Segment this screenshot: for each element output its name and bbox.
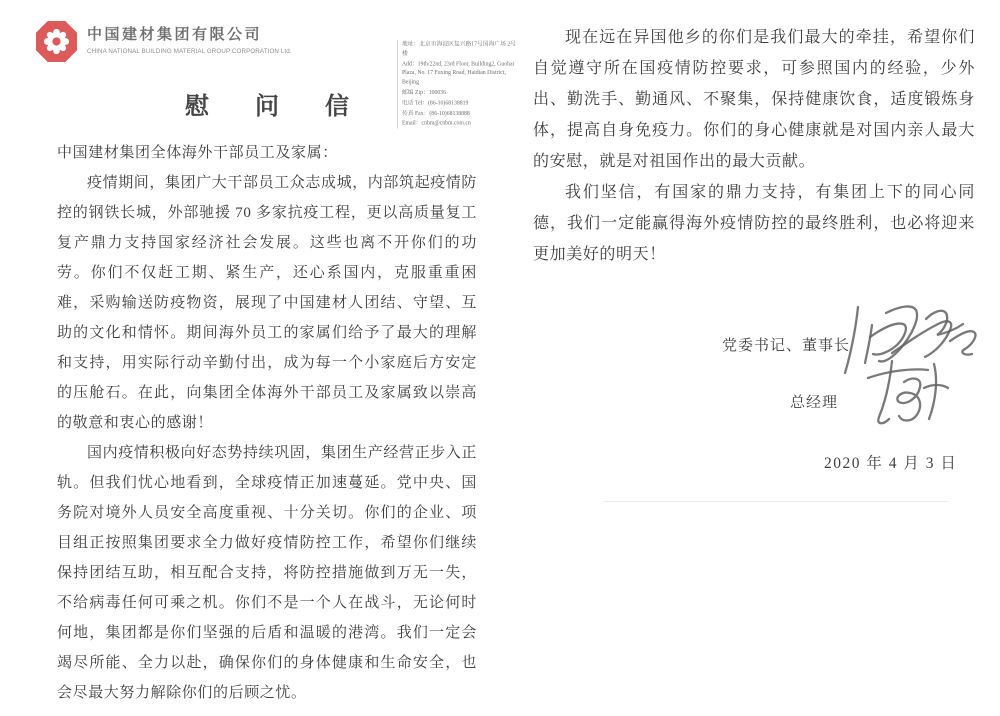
paragraph-4: 我们坚信，有国家的鼎力支持，有集团上下的同心同德，我们一定能赢得海外疫情防控的最… [533,177,975,270]
letter-date: 2020 年 4 月 3 日 [824,451,957,473]
salutation: 中国建材集团全体海外干部员工及家属： [57,138,477,168]
scan-artifact-line [603,501,948,502]
paragraph-3: 现在远在异国他乡的你们是我们最大的牵挂，希望你们自觉遵守所在国疫情防控要求，可参… [533,22,975,177]
company-names: 中国建材集团有限公司 CHINA NATIONAL BUILDING MATER… [87,20,417,59]
company-name-en: CHINA NATIONAL BUILDING MATERIAL GROUP C… [87,48,292,55]
letter-page: 中国建材集团有限公司 CHINA NATIONAL BUILDING MATER… [0,0,1000,716]
signature-role-general-manager: 总经理 [790,391,838,412]
letter-body-left-column: 中国建材集团全体海外干部员工及家属： 疫情期间，集团广大干部员工众志成城，内部筑… [57,138,477,708]
company-logo-icon [35,20,78,63]
paragraph-1: 疫情期间，集团广大干部员工众志成城，内部筑起疫情防控的钢铁长城，外部驰援 70 … [57,168,477,438]
letter-body-right-column: 现在远在异国他乡的你们是我们最大的牵挂，希望你们自觉遵守所在国疫情防控要求，可参… [533,22,975,270]
letter-title: 慰 问 信 [57,86,477,121]
paragraph-2: 国内疫情积极向好态势持续巩固，集团生产经营正步入正轨。但我们忧心地看到，全球疫情… [57,438,477,708]
contact-address-en: Add：19th/22nd, 23rd Floor, Building2, Gu… [402,60,520,88]
letterhead: 中国建材集团有限公司 CHINA NATIONAL BUILDING MATER… [35,20,417,63]
general-manager-signature-icon [856,356,954,431]
company-name-cn: 中国建材集团有限公司 [87,23,417,44]
contact-address-cn: 地址：北京市海淀区复兴路17号国海广场 2号楼 [402,40,520,58]
signature-role-chairman: 党委书记、董事长 [722,334,850,355]
